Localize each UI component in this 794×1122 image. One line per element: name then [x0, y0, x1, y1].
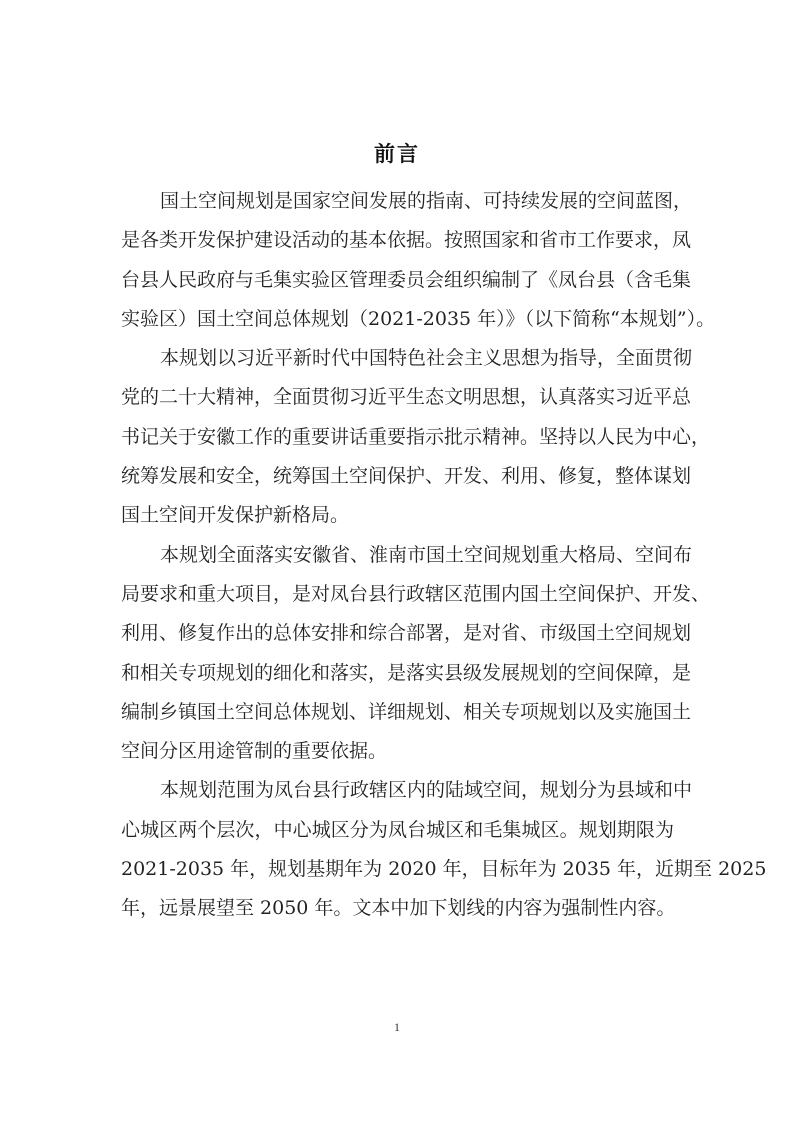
paragraph-3-line-4: 和相关专项规划的细化和落实，是落实县级发展规划的空间保障，是 — [121, 658, 674, 697]
paragraph-1-line-4: 实验区）国土空间总体规划（2021-2035 年）》（以下简称“本规划”）。 — [121, 304, 674, 343]
paragraph-4-line-2: 心城区两个层次，中心城区分为凤台城区和毛集城区。规划期限为 — [121, 815, 674, 854]
paragraph-4-line-3: 2021-2035 年，规划基期年为 2020 年，目标年为 2035 年，近期… — [121, 854, 674, 893]
page-title: 前言 — [0, 138, 794, 168]
paragraph-4-line-4: 年，远景展望至 2050 年。文本中加下划线的内容为强制性内容。 — [121, 893, 674, 932]
paragraph-3-line-5: 编制乡镇国土空间总体规划、详细规划、相关专项规划以及实施国土 — [121, 697, 674, 736]
paragraph-3-line-2: 局要求和重大项目，是对凤台县行政辖区范围内国土空间保护、开发、 — [121, 579, 674, 618]
paragraph-2-line-2: 党的二十大精神，全面贯彻习近平生态文明思想，认真落实习近平总 — [121, 382, 674, 421]
paragraph-2-line-1: 本规划以习近平新时代中国特色社会主义思想为指导，全面贯彻 — [121, 343, 674, 382]
paragraph-1-line-2: 是各类开发保护建设活动的基本依据。按照国家和省市工作要求，凤 — [121, 225, 674, 264]
paragraph-1-line-3: 台县人民政府与毛集实验区管理委员会组织编制了《凤台县（含毛集 — [121, 265, 674, 304]
paragraph-3-line-1: 本规划全面落实安徽省、淮南市国土空间规划重大格局、空间布 — [121, 540, 674, 579]
paragraph-2-line-5: 国土空间开发保护新格局。 — [121, 500, 674, 539]
paragraph-2-line-4: 统筹发展和安全，统筹国土空间保护、开发、利用、修复，整体谋划 — [121, 461, 674, 500]
paragraph-1-line-1: 国土空间规划是国家空间发展的指南、可持续发展的空间蓝图， — [121, 186, 674, 225]
paragraph-2-line-3: 书记关于安徽工作的重要讲话重要指示批示精神。坚持以人民为中心， — [121, 422, 674, 461]
paragraph-4-line-1: 本规划范围为凤台县行政辖区内的陆域空间，规划分为县域和中 — [121, 775, 674, 814]
document-body: 国土空间规划是国家空间发展的指南、可持续发展的空间蓝图， 是各类开发保护建设活动… — [121, 186, 674, 933]
paragraph-3-line-3: 利用、修复作出的总体安排和综合部署，是对省、市级国土空间规划 — [121, 618, 674, 657]
paragraph-3-line-6: 空间分区用途管制的重要依据。 — [121, 736, 674, 775]
page-number: 1 — [0, 1020, 794, 1035]
